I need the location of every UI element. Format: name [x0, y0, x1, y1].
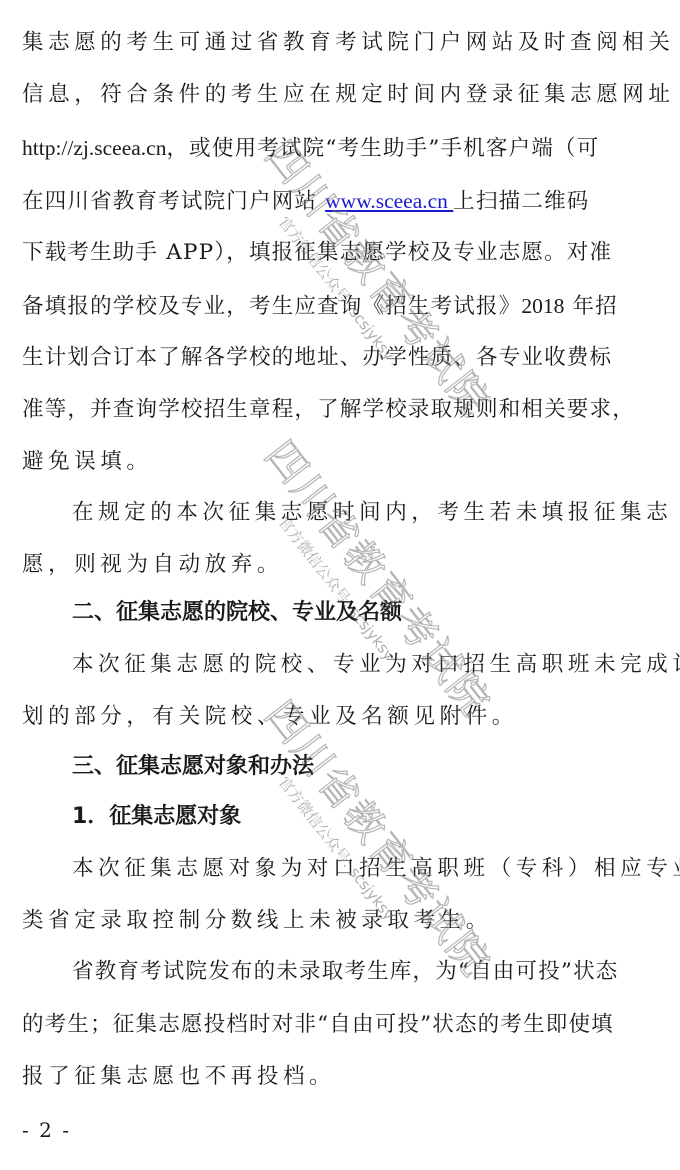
body-text-line: 在规定的本次征集志愿时间内，考生若未填报征集志 — [72, 498, 662, 528]
body-text-line: 在四川省教育考试院门户网站 www.sceea.cn 上扫描二维码 — [22, 186, 662, 217]
sceea-website-link[interactable]: www.sceea.cn — [325, 189, 453, 213]
body-text-line: 划的部分，有关院校、专业及名额见附件。 — [22, 702, 662, 732]
body-text-line: 集志愿的考生可通过省教育考试院门户网站及时查阅相关 — [22, 28, 662, 58]
body-text-line: 愿，则视为自动放弃。 — [22, 550, 662, 580]
subsection-heading-1: 1．征集志愿对象 — [72, 802, 662, 832]
body-text-line: 类省定录取控制分数线上未被录取考生。 — [22, 906, 662, 936]
body-text-line: 本次征集志愿的院校、专业为对口招生高职班未完成计 — [72, 650, 662, 680]
section-heading-2: 二、征集志愿的院校、专业及名额 — [72, 598, 662, 628]
body-text-line: 备填报的学校及专业，考生应查询《招生考试报》2018 年招 — [22, 291, 662, 322]
url-text: http://zj.sceea.cn — [22, 136, 166, 160]
page-number: - 2 - — [22, 1118, 71, 1142]
body-text-line: 准等，并查询学校招生章程，了解学校录取规则和相关要求， — [22, 395, 662, 425]
section-heading-3: 三、征集志愿对象和办法 — [72, 752, 662, 782]
body-text-line: http://zj.sceea.cn，或使用考试院“考生助手”手机客户端（可 — [22, 133, 662, 164]
body-text-line: 报了征集志愿也不再投档。 — [22, 1062, 662, 1092]
body-text-line: 省教育考试院发布的未录取考生库，为“自由可投”状态 — [72, 957, 662, 987]
body-text-line: 本次征集志愿对象为对口招生高职班（专科）相应专业 — [72, 854, 662, 884]
body-text-line: 的考生；征集志愿投档时对非“自由可投”状态的考生即使填 — [22, 1010, 662, 1040]
document-page: 集志愿的考生可通过省教育考试院门户网站及时查阅相关 信息，符合条件的考生应在规定… — [0, 0, 680, 1170]
body-text-line: 生计划合订本了解各学校的地址、办学性质、各专业收费标 — [22, 343, 662, 373]
body-text-line: 信息，符合条件的考生应在规定时间内登录征集志愿网址 — [22, 80, 662, 110]
body-text-line: 避免误填。 — [22, 447, 662, 477]
body-text-line: 下载考生助手 APP），填报征集志愿学校及专业志愿。对准 — [22, 238, 662, 268]
